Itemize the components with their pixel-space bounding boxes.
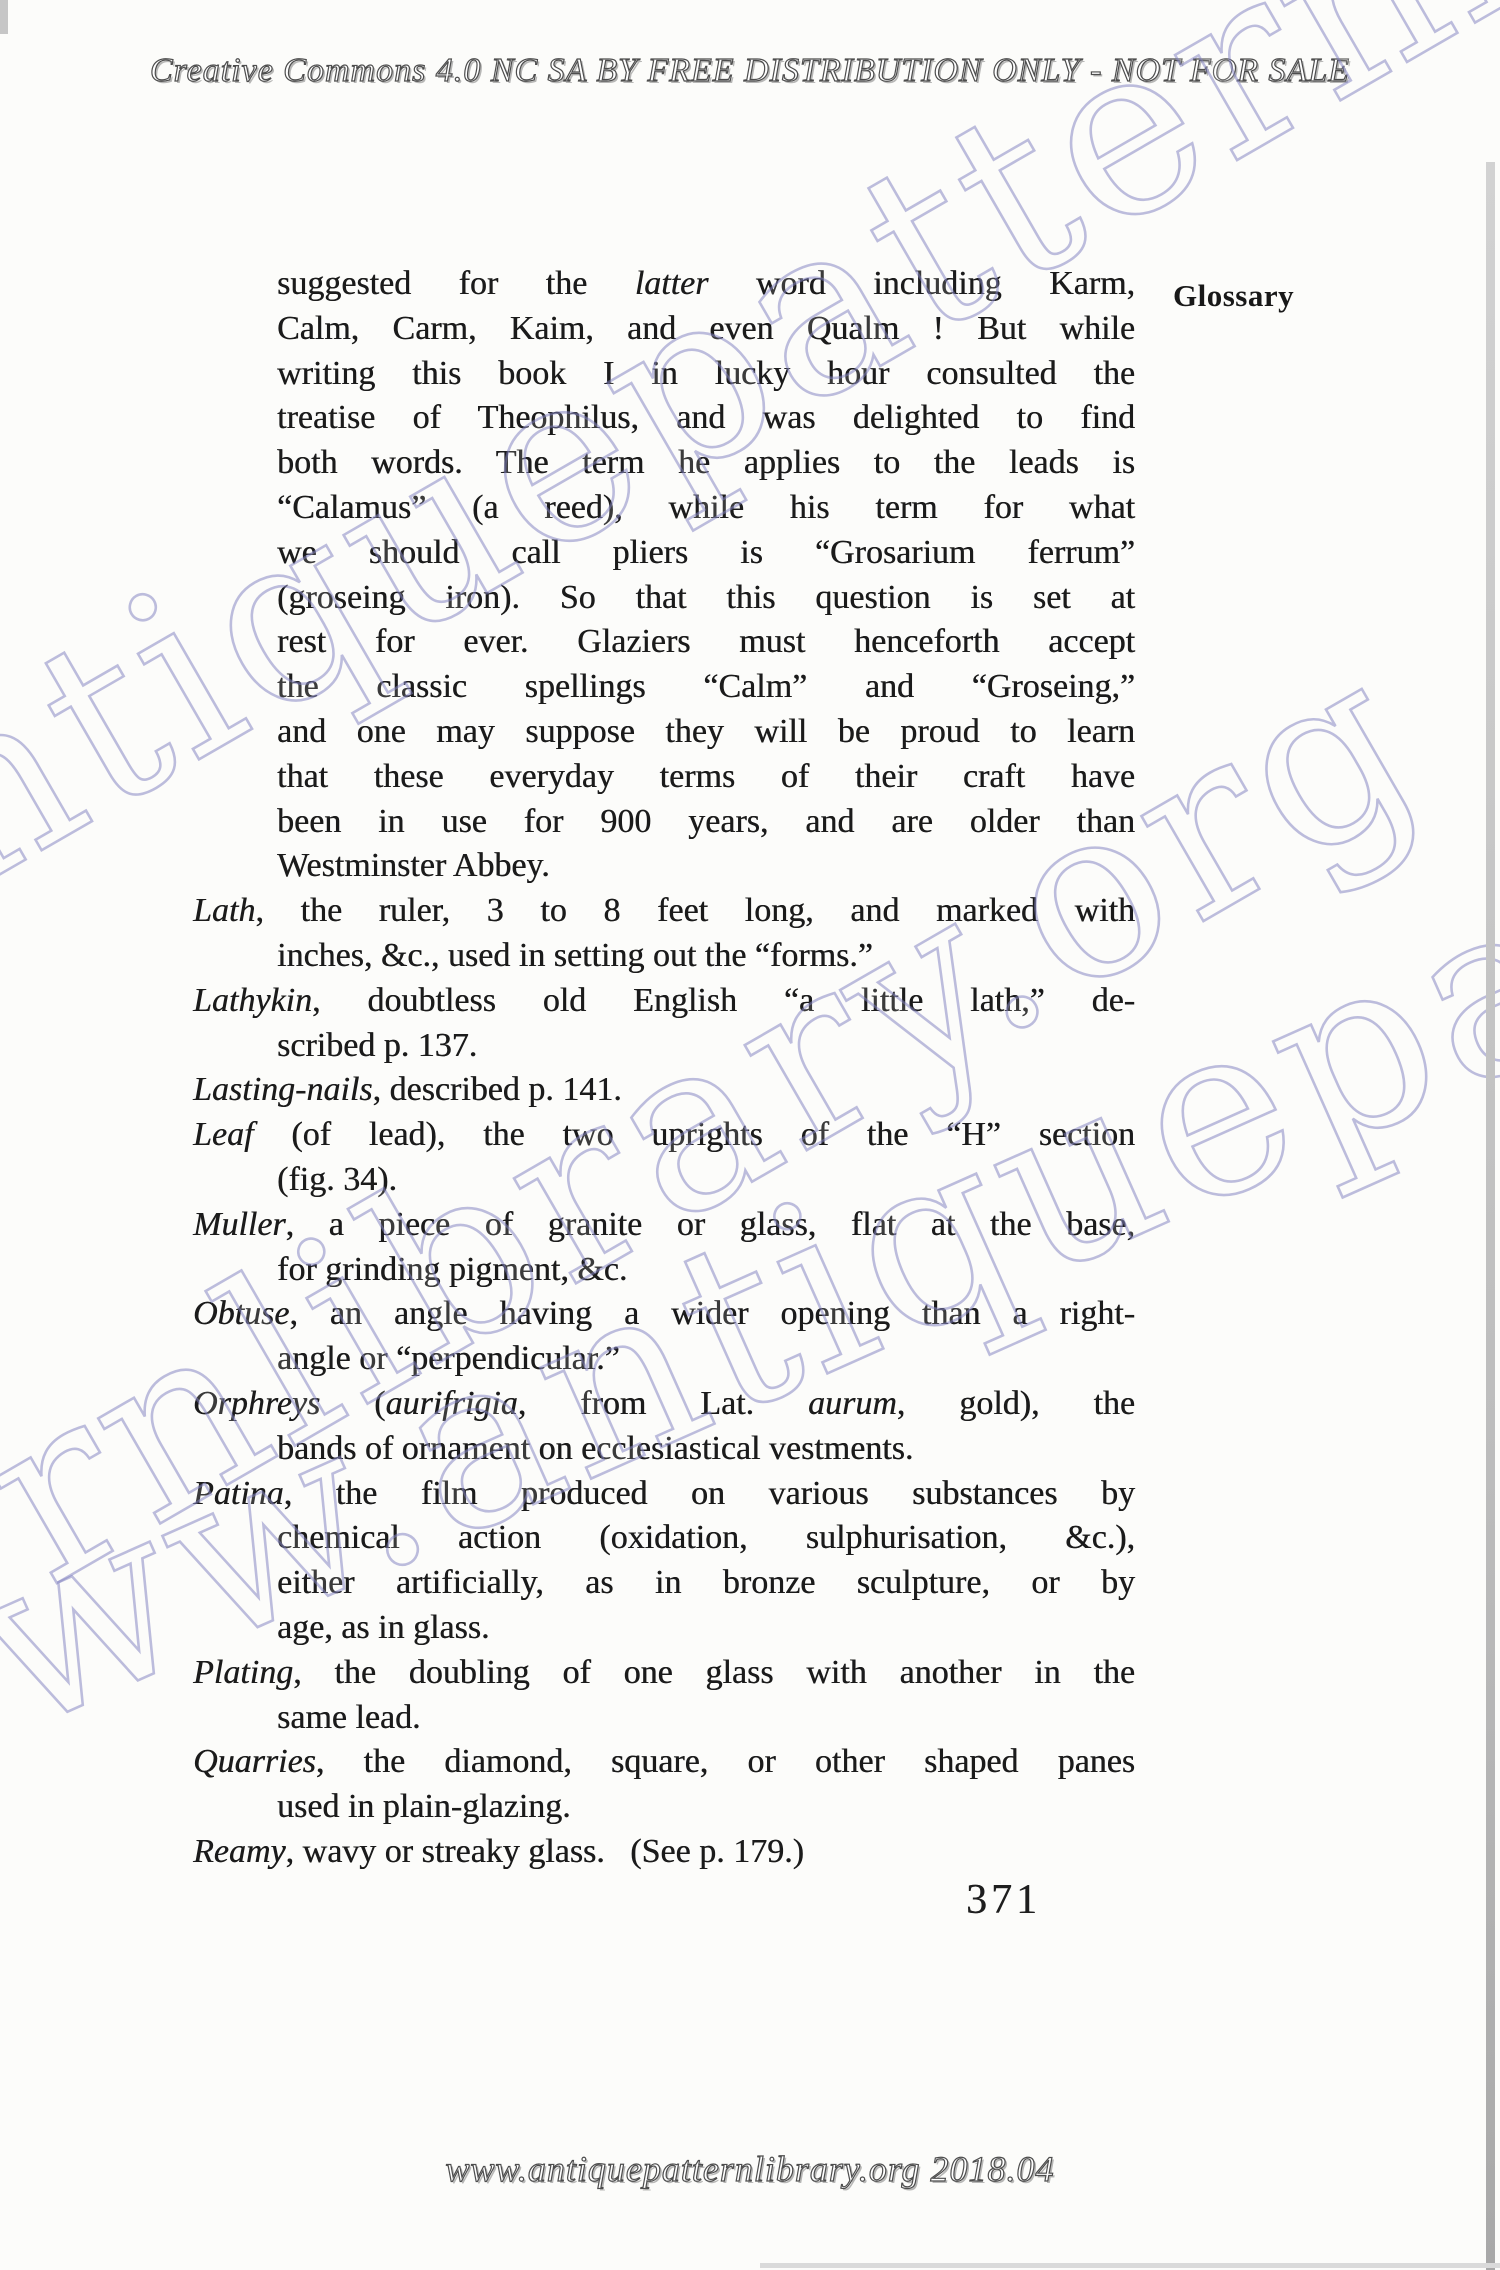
text-segment: , the diamond, square, or other shaped p… [316, 1743, 1135, 1780]
text-segment: chemical action (oxidation, sulphurisati… [277, 1519, 1135, 1556]
text-segment: scribed p. 137. [277, 1027, 477, 1064]
text-segment: rest for ever. Glaziers must henceforth … [277, 623, 1135, 660]
text-segment: and one may suppose they will be proud t… [277, 713, 1135, 750]
text-segment: , an angle having a wider opening than a… [289, 1295, 1135, 1332]
text-line: Reamy, wavy or streaky glass. (See p. 17… [193, 1830, 1135, 1875]
text-line: Lath, the ruler, 3 to 8 feet long, and m… [193, 889, 1135, 934]
text-line: inches, &c., used in setting out the “fo… [277, 934, 1135, 979]
text-segment: (of lead), the two uprights of the “H” s… [253, 1116, 1135, 1153]
glossary-term: Lathykin [193, 982, 312, 1019]
text-line: suggested for the latter word including … [277, 262, 1135, 307]
text-segment: , the film produced on various substance… [284, 1475, 1135, 1512]
text-segment: suggested for the [277, 265, 635, 302]
text-segment: , wavy or streaky glass. (See p. 179.) [286, 1833, 804, 1870]
text-line: angle or “perpendicular.” [277, 1337, 1135, 1382]
license-header: Creative Commons 4.0 NC SA BY FREE DISTR… [0, 52, 1500, 90]
text-line: rest for ever. Glaziers must henceforth … [277, 620, 1135, 665]
text-segment: “Calamus” (a reed), while his term for w… [277, 489, 1135, 526]
text-line: the classic spellings “Calm” and “Grosei… [277, 665, 1135, 710]
text-line: and one may suppose they will be proud t… [277, 710, 1135, 755]
text-segment: , from Lat. [518, 1385, 808, 1422]
glossary-text-block: suggested for the latter word including … [193, 262, 1135, 1875]
text-segment: been in use for 900 years, and are older… [277, 803, 1135, 840]
text-segment: bands of ornament on ecclesiastical vest… [277, 1430, 913, 1467]
scanned-book-page: Creative Commons 4.0 NC SA BY FREE DISTR… [0, 0, 1500, 2270]
text-line: Quarries, the diamond, square, or other … [193, 1740, 1135, 1785]
text-segment: same lead. [277, 1699, 421, 1736]
glossary-term: Muller [193, 1206, 286, 1243]
text-segment: Calm, Carm, Kaim, and even Qualm ! But w… [277, 310, 1135, 347]
glossary-term: aurum [808, 1385, 897, 1422]
text-line: age, as in glass. [277, 1606, 1135, 1651]
text-segment: for grinding pigment, &c. [277, 1251, 627, 1288]
text-segment: the classic spellings “Calm” and “Grosei… [277, 668, 1135, 705]
glossary-term: Reamy [193, 1833, 286, 1870]
text-segment: inches, &c., used in setting out the “fo… [277, 937, 873, 974]
scan-edge-bottom [760, 2263, 1500, 2268]
text-line: bands of ornament on ecclesiastical vest… [277, 1427, 1135, 1472]
glossary-term: Quarries [193, 1743, 316, 1780]
text-segment: either artificially, as in bronze sculpt… [277, 1564, 1135, 1601]
text-line: either artificially, as in bronze sculpt… [277, 1561, 1135, 1606]
text-line: Obtuse, an angle having a wider opening … [193, 1292, 1135, 1337]
text-line: (fig. 34). [277, 1158, 1135, 1203]
glossary-term: Plating [193, 1654, 293, 1691]
text-line: that these everyday terms of their craft… [277, 755, 1135, 800]
text-line: (groseing iron). So that this question i… [277, 576, 1135, 621]
page-number: 371 [966, 1876, 1041, 1924]
glossary-term: Obtuse [193, 1295, 289, 1332]
text-line: used in plain-glazing. [277, 1785, 1135, 1830]
text-line: same lead. [277, 1696, 1135, 1741]
text-segment: , doubtless old English “a little lath,”… [312, 982, 1135, 1019]
text-line: for grinding pigment, &c. [277, 1248, 1135, 1293]
text-line: Plating, the doubling of one glass with … [193, 1651, 1135, 1696]
text-segment: , the doubling of one glass with another… [293, 1654, 1135, 1691]
text-line: Leaf (of lead), the two uprights of the … [193, 1113, 1135, 1158]
text-line: treatise of Theophilus, and was delighte… [277, 396, 1135, 441]
text-segment: , gold), the [897, 1385, 1135, 1422]
text-line: “Calamus” (a reed), while his term for w… [277, 486, 1135, 531]
text-segment: , the ruler, 3 to 8 feet long, and marke… [255, 892, 1135, 929]
scan-edge-right [1486, 162, 1495, 2270]
text-segment: , described p. 141. [372, 1071, 621, 1108]
text-segment: (groseing iron). So that this question i… [277, 579, 1135, 616]
text-segment: both words. The term he applies to the l… [277, 444, 1135, 481]
text-line: Calm, Carm, Kaim, and even Qualm ! But w… [277, 307, 1135, 352]
text-segment: word including Karm, [708, 265, 1135, 302]
text-line: Patina, the film produced on various sub… [193, 1472, 1135, 1517]
text-segment: used in plain-glazing. [277, 1788, 571, 1825]
text-line: Westminster Abbey. [277, 844, 1135, 889]
scan-edge-corner [0, 0, 8, 34]
text-line: Orphreys (aurifrigia, from Lat. aurum, g… [193, 1382, 1135, 1427]
text-line: Lasting-nails, described p. 141. [193, 1068, 1135, 1113]
text-segment: that these everyday terms of their craft… [277, 758, 1135, 795]
text-segment: ( [320, 1385, 385, 1422]
text-segment: , a piece of granite or glass, flat at t… [286, 1206, 1135, 1243]
text-line: writing this book I in lucky hour consul… [277, 352, 1135, 397]
text-segment: writing this book I in lucky hour consul… [277, 355, 1135, 392]
text-segment: (fig. 34). [277, 1161, 397, 1198]
text-segment: angle or “perpendicular.” [277, 1340, 620, 1377]
footer-credit: www.antiquepatternlibrary.org 2018.04 [0, 2148, 1500, 2190]
text-line: Lathykin, doubtless old English “a littl… [193, 979, 1135, 1024]
glossary-term: aurifrigia [385, 1385, 517, 1422]
text-segment: age, as in glass. [277, 1609, 489, 1646]
glossary-term: Lath [193, 892, 255, 929]
text-line: scribed p. 137. [277, 1024, 1135, 1069]
glossary-term: Lasting-nails [193, 1071, 372, 1108]
text-line: chemical action (oxidation, sulphurisati… [277, 1516, 1135, 1561]
glossary-term: Leaf [193, 1116, 253, 1153]
glossary-term: latter [635, 265, 709, 302]
text-line: been in use for 900 years, and are older… [277, 800, 1135, 845]
text-segment: we should call pliers is “Grosarium ferr… [277, 534, 1135, 571]
text-line: both words. The term he applies to the l… [277, 441, 1135, 486]
text-segment: treatise of Theophilus, and was delighte… [277, 399, 1135, 436]
text-line: Muller, a piece of granite or glass, fla… [193, 1203, 1135, 1248]
text-segment: Westminster Abbey. [277, 847, 550, 884]
glossary-term: Orphreys [193, 1385, 320, 1422]
glossary-margin-label: Glossary [1173, 278, 1294, 314]
glossary-term: Patina [193, 1475, 284, 1512]
text-line: we should call pliers is “Grosarium ferr… [277, 531, 1135, 576]
